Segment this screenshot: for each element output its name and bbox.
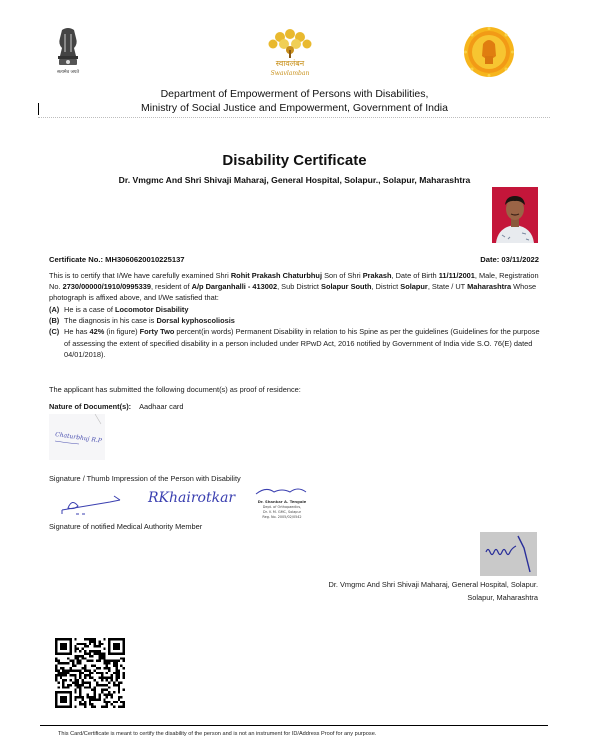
finding-a: (A) He is a case of Locomotor Disability — [49, 304, 540, 315]
finding-b: (B) The diagnosis in his case is Dorsal … — [49, 315, 540, 326]
certificate-title: Disability Certificate — [0, 152, 589, 169]
district: Solapur — [400, 282, 428, 291]
ministry-line: Ministry of Social Justice and Empowerme… — [0, 101, 589, 115]
applicant-photo — [492, 187, 538, 243]
findings-list: (A) He is a case of Locomotor Disability… — [49, 304, 540, 360]
registration-number: 2730/00000/1910/0995339 — [63, 282, 151, 291]
issuing-hospital: Dr. Vmgmc And Shri Shivaji Maharaj, Gene… — [0, 175, 589, 185]
national-emblem-icon: सत्यमेव जयते — [52, 26, 84, 76]
diagnosis: Dorsal kyphoscoliosis — [156, 316, 234, 325]
maharashtra-seal-icon — [463, 26, 515, 78]
hospital-signature-image — [480, 532, 537, 576]
certification-paragraph: This is to certify that I/We have carefu… — [49, 270, 540, 304]
svg-text:Dr. V. M. GMC, Solapur: Dr. V. M. GMC, Solapur — [263, 510, 302, 514]
sub-district: Solapur South — [321, 282, 372, 291]
disability-percent: 42% — [89, 327, 104, 336]
father-name: Prakash — [363, 271, 392, 280]
swavalamban-logo-icon: स्वावलंबन Swavlamban — [262, 24, 318, 80]
date-of-birth: 11/11/2001 — [439, 271, 475, 280]
svg-text:स्वावलंबन: स्वावलंबन — [276, 59, 305, 68]
department-line: Department of Empowerment of Persons wit… — [0, 87, 589, 101]
document-nature: Nature of Document(s):Aadhaar card — [49, 402, 184, 411]
disability-type: Locomotor Disability — [115, 305, 189, 314]
documents-intro: The applicant has submitted the followin… — [49, 385, 301, 394]
finding-c: (C) He has 42% (in figure) Forty Two per… — [49, 326, 540, 360]
svg-text:Dept. of Orthopaedics,: Dept. of Orthopaedics, — [263, 505, 301, 509]
svg-text:सत्यमेव जयते: सत्यमेव जयते — [57, 68, 80, 75]
qr-code[interactable] — [55, 638, 125, 708]
svg-text:Swavlamban: Swavlamban — [271, 70, 310, 77]
hospital-location: Solapur, Maharashtra — [467, 593, 538, 602]
svg-text:RKhairotkar: RKhairotkar — [147, 490, 236, 506]
applicant-signature-image: Chaturbhuj R.P — [49, 414, 105, 460]
disability-percent-words: Forty Two — [140, 327, 175, 336]
header-divider — [38, 117, 550, 118]
authority-signature-caption: Signature of notified Medical Authority … — [49, 522, 202, 531]
authority-signatures-image: RKhairotkar Dr. Shankar A. Tengale Dept.… — [60, 484, 340, 520]
certificate-number: Certificate No.: MH3060620010225137 — [49, 255, 185, 264]
svg-text:Dr. Shankar A. Tengale: Dr. Shankar A. Tengale — [258, 499, 307, 504]
certificate-date: Date: 03/11/2022 — [480, 255, 539, 264]
document-value: Aadhaar card — [139, 402, 183, 411]
footer-disclaimer: This Card/Certificate is meant to certif… — [58, 731, 376, 737]
person-name: Rohit Prakash Chaturbhuj — [231, 271, 322, 280]
svg-text:Reg. No. 2005/02/0542: Reg. No. 2005/02/0542 — [262, 515, 301, 519]
state: Maharashtra — [467, 282, 511, 291]
footer-divider — [40, 725, 548, 726]
text-cursor — [38, 103, 39, 115]
applicant-signature-caption: Signature / Thumb Impression of the Pers… — [49, 474, 241, 483]
address: A/p Darganhalli - 413002 — [192, 282, 277, 291]
hospital-name: Dr. Vmgmc And Shri Shivaji Maharaj, Gene… — [329, 580, 539, 589]
